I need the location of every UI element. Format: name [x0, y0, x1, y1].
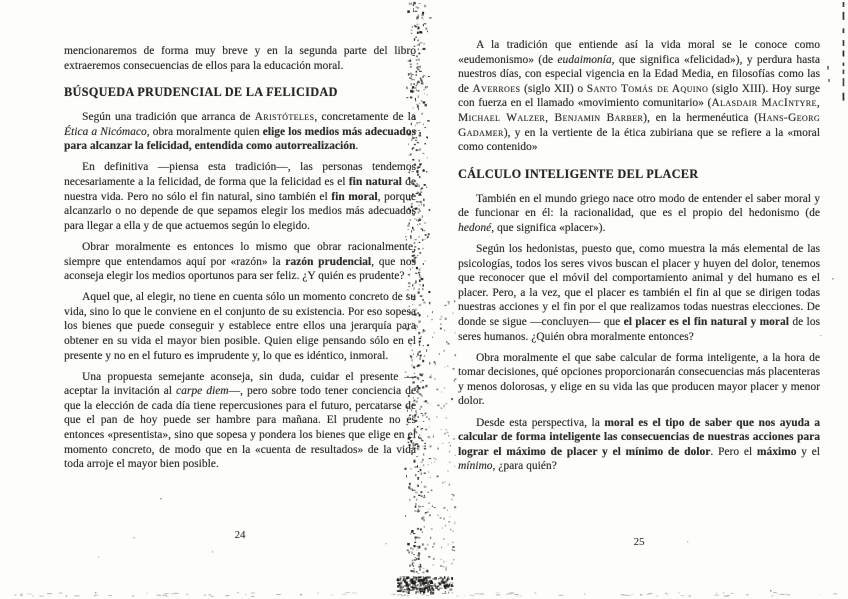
text-run: Santo Tomás de Aquino [587, 83, 708, 95]
text-run: Según una tradición que arranca de [82, 111, 255, 123]
paragraph: En definitiva —piensa esta tradición—, l… [64, 160, 416, 233]
text-run: y el [796, 446, 820, 458]
text-run: También en el mundo griego nace otro mod… [458, 193, 820, 220]
text-run: . Pero el [710, 446, 757, 458]
paragraph: Obra moralmente el que sabe calcular de … [458, 351, 820, 409]
text-run: hedoné [458, 222, 491, 234]
page-number-left: 24 [64, 529, 416, 541]
paragraph: También en el mundo griego nace otro mod… [458, 192, 820, 236]
text-run: Aquel que, al elegir, no tiene en cuenta… [64, 291, 416, 361]
text-run: Obra moralmente el que sabe calcular de … [458, 352, 820, 408]
paragraph: Según una tradición que arranca de Arist… [64, 110, 416, 154]
text-run: ), en la hermenéutica ( [643, 112, 758, 124]
text-run: mínimo [458, 460, 492, 472]
text-run: mencionaremos de forma muy breve y en la… [64, 45, 416, 72]
paragraph: Desde esta perspectiva, la moral es el t… [458, 416, 820, 474]
paragraph: Aquel que, al elegir, no tiene en cuenta… [64, 290, 416, 363]
text-run: Aristóteles [255, 111, 315, 123]
paragraph: Una propuesta semejante aconseja, sin du… [64, 370, 416, 472]
text-run: , concretamente de la [314, 111, 416, 123]
text-run: Ética a Nicómaco [64, 126, 147, 138]
text-run: carpe diem [176, 385, 229, 397]
text-run: , ¿para quién? [492, 460, 556, 472]
text-run: máximo [757, 446, 797, 458]
section-heading: CÁLCULO INTELIGENTE DEL PLACER [458, 167, 820, 182]
page-body: A la tradición que entiende así la vida … [458, 38, 820, 474]
page-body: mencionaremos de forma muy breve y en la… [64, 44, 416, 472]
text-run: , obra moralmente quien [147, 126, 263, 138]
text-run: ), y en la vertiente de la ética zubiria… [458, 127, 820, 154]
text-run: fin natural [349, 176, 402, 188]
text-run: el placer es el fin natural y moral [624, 316, 789, 328]
text-run: Averroes [472, 83, 520, 95]
text-run: —, pero sobre todo tener conciencia de q… [64, 385, 416, 470]
text-run: razón prudencial [285, 256, 371, 268]
paragraph: mencionaremos de forma muy breve y en la… [64, 44, 416, 73]
text-run: eudaimonía [557, 54, 611, 66]
text-run: fin moral [331, 191, 377, 203]
text-run: (siglo XII) o [520, 83, 586, 95]
text-run: BÚSQUEDA PRUDENCIAL DE LA FELICIDAD [64, 85, 338, 99]
book-scan: mencionaremos de forma muy breve y en la… [0, 0, 848, 599]
section-heading: BÚSQUEDA PRUDENCIAL DE LA FELICIDAD [64, 85, 416, 100]
text-run: . [355, 140, 358, 152]
paragraph: Obrar moralmente es entonces lo mismo qu… [64, 240, 416, 284]
text-run: Desde esta perspectiva, la [476, 417, 604, 429]
text-run: , que significa «placer»). [491, 222, 605, 234]
page-number-right: 25 [458, 536, 820, 548]
paragraph: A la tradición que entiende así la vida … [458, 38, 820, 155]
page-left: mencionaremos de forma muy breve y en la… [64, 44, 416, 478]
page-right: A la tradición que entiende así la vida … [458, 38, 820, 480]
paragraph: Según los hedonistas, puesto que, como m… [458, 242, 820, 344]
text-run: CÁLCULO INTELIGENTE DEL PLACER [458, 167, 698, 181]
